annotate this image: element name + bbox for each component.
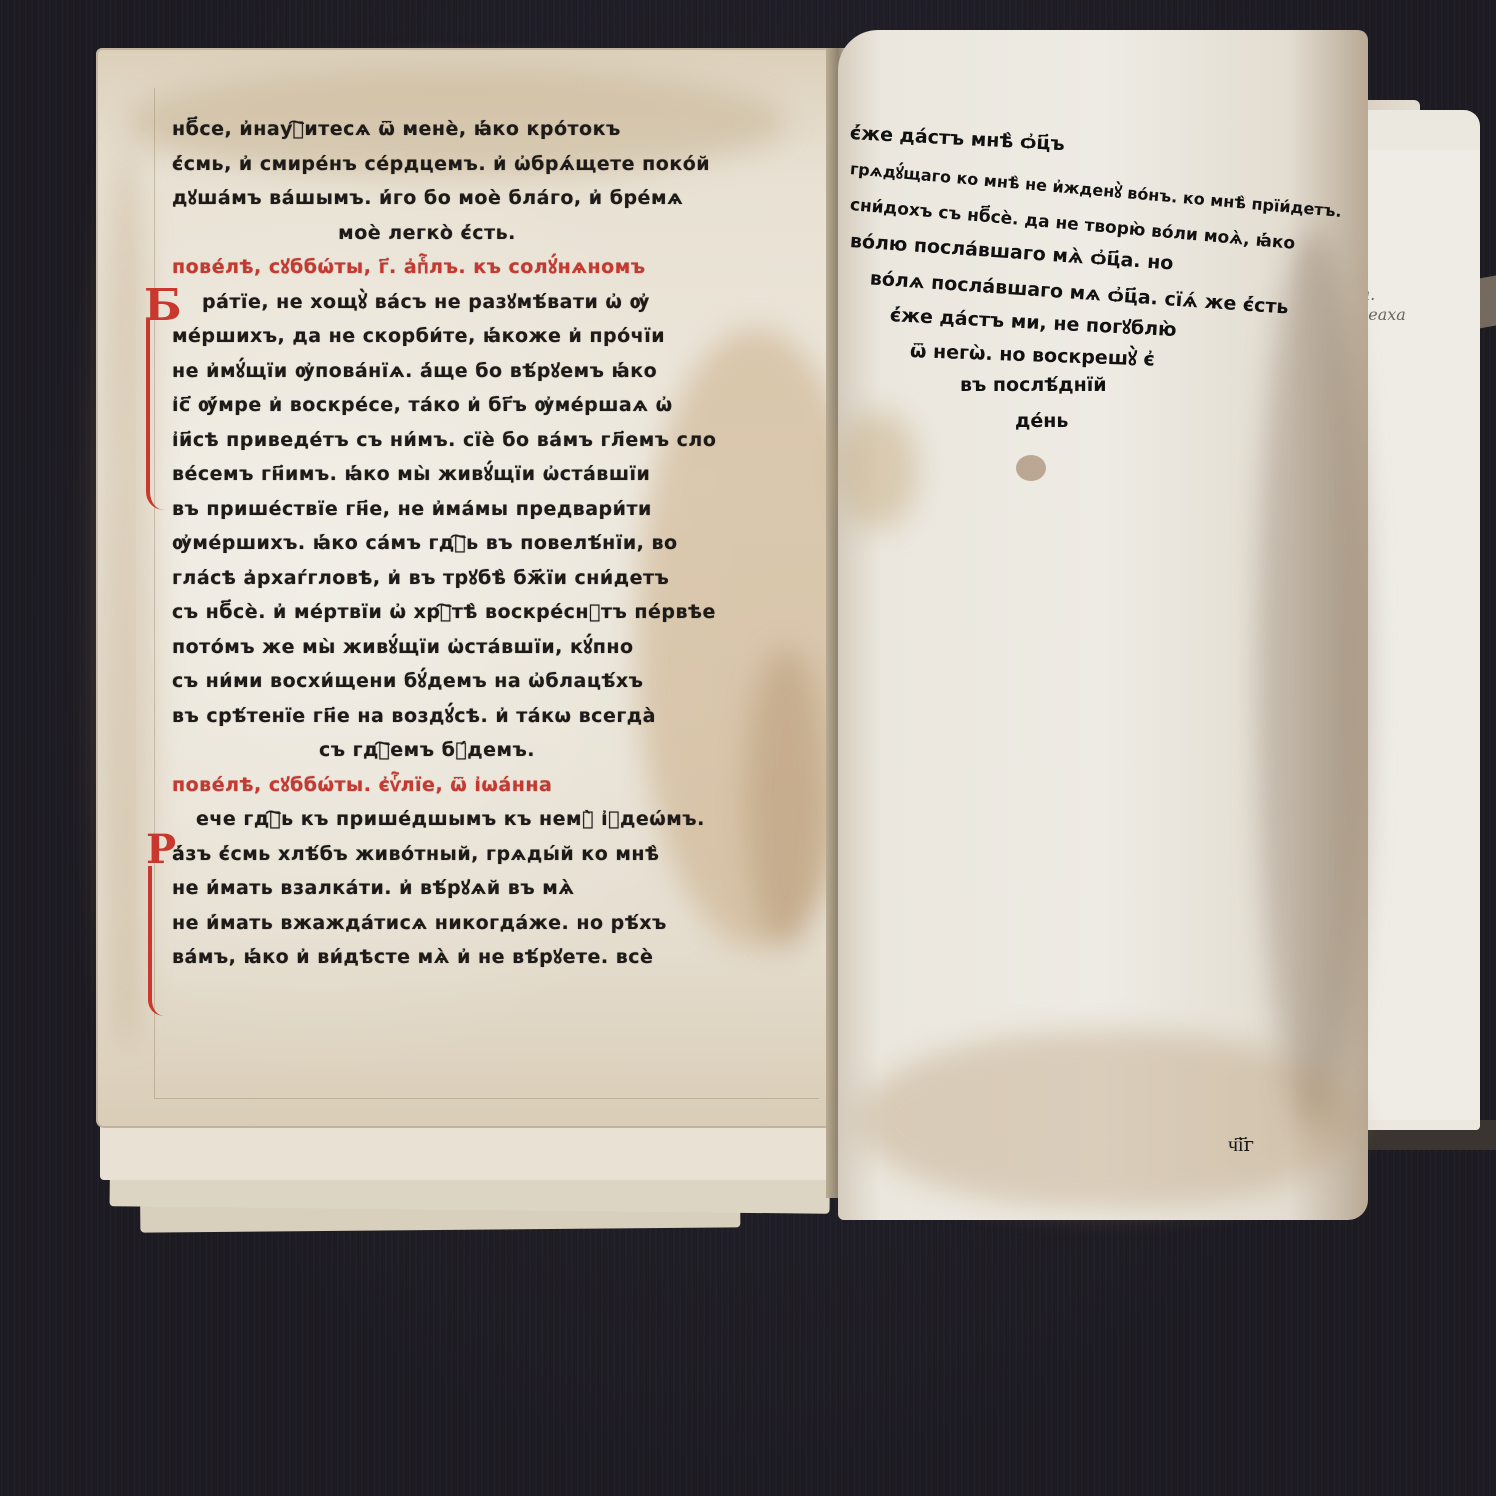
text-line: не и҆́мать взалка́ти. и҆ вѣ́рꙋѧй въ мѧ̀	[172, 871, 682, 906]
text-line: а҆́зъ є҆́смь хлѣ́бъ живо́тный, грѧды́й к…	[172, 837, 682, 872]
back-leaf-with-handwriting	[1360, 150, 1480, 1120]
ornamental-initial-flourish	[148, 866, 164, 1016]
text-line: і҆и҃сѣ приведе́тъ съ ни́мъ. сїѐ бо ва́мъ…	[172, 423, 682, 458]
water-stain	[1258, 230, 1368, 1130]
text-line: і҆с҃ ѹ҆́мре и҆ воскре́се, та́ко и҆ бг҃ъ …	[172, 388, 682, 423]
text-line: съ гдⷭ҇емъ бꙋ́демъ.	[172, 733, 682, 768]
text-line: гла́сѣ а҆рхаѓгловѣ, и҆ въ трꙋбѣ̀ бж҃їи с…	[172, 561, 682, 596]
text-line: пото́мъ же мы̀ живꙋ́щїи ѡ҆ста́вшїи, кꙋ́п…	[172, 630, 682, 665]
text-line: ве́семъ гн҃имъ. ꙗ҆́ко мы̀ живꙋ́щїи ѡ҆ста…	[172, 457, 682, 492]
text-line: ече гдⷭ҇ь къ прише́дшымъ къ немꙋ̀ і҆ꙋдеѡ…	[172, 802, 682, 837]
text-line: съ нб҃сѐ. и҆ ме́ртвїи ѡ҆ хрⷭ҇тѣ̀ воскре́…	[172, 595, 682, 630]
text-line: де́нь	[850, 403, 1250, 439]
text-line: є҆́смь, и҆ смире́нъ се́рдцемъ. и҆ ѡ҆брѧ́…	[172, 147, 682, 182]
text-line: моѐ легко̀ є҆́сть.	[172, 216, 682, 251]
text-line: въ срѣ́тенїе гн҃е на воздꙋ́сѣ. и҆ та́кѡ …	[172, 699, 682, 734]
text-line: ѹ҆ме́ршихъ. ꙗ҆́ко са́мъ гдⷭ҇ь въ повелѣ́…	[172, 526, 682, 561]
text-line: дꙋша́мъ ва́шымъ. и҆́го бо моѐ бла́го, и҆…	[172, 181, 682, 216]
ink-spot	[1016, 455, 1046, 481]
water-stain	[858, 1030, 1358, 1210]
text-line: ва́мъ, ꙗ҆́ко и҆ ви́дѣсте мѧ̀ и҆ не вѣ́рꙋ…	[172, 940, 682, 975]
text-line: не и҆мꙋ́щїи ѹ҆пова́нїѧ. а҆́ще бо вѣ́рꙋем…	[172, 354, 682, 389]
folio-number: ч҃і҃г	[1228, 1132, 1254, 1157]
rubric-heading: пове́лѣ, сꙋббѡ́ты. є҆ѵⷢ҇лїе, ѿ і҆ѡа́нна	[172, 768, 682, 803]
right-page-text: є҆́же да́стъ мнѣ̀ ѻ҆ц҃ъ грѧдꙋ́щаго ко мн…	[850, 115, 1250, 439]
rubric-heading: пове́лѣ, сꙋббѡ́ты, г҃. а҆пⷭ҇лъ. къ солꙋ́…	[172, 250, 682, 285]
text-line: въ прише́ствїе гн҃е, не и҆ма́мы предвари…	[172, 492, 682, 527]
text-line: нб҃се, и҆науⷱ҇итесѧ ѿ менѐ, ꙗ҆́ко кро́то…	[172, 112, 682, 147]
left-page-text: нб҃се, и҆науⷱ҇итесѧ ѿ менѐ, ꙗ҆́ко кро́то…	[172, 112, 682, 975]
text-line: съ ни́ми восхи́щени бꙋ́демъ на ѡ҆блацѣ́х…	[172, 664, 682, 699]
text-line: не и҆́мать вжажда́тисѧ никогда́же. но рѣ…	[172, 906, 682, 941]
text-line: ра́тїе, не хощꙋ̀ ва́съ не разꙋмѣ́вати ѡ҆…	[172, 285, 682, 320]
ornamental-initial-flourish	[146, 320, 164, 510]
text-line: ме́ршихъ, да не скорби́те, ꙗ҆́коже и҆ пр…	[172, 319, 682, 354]
